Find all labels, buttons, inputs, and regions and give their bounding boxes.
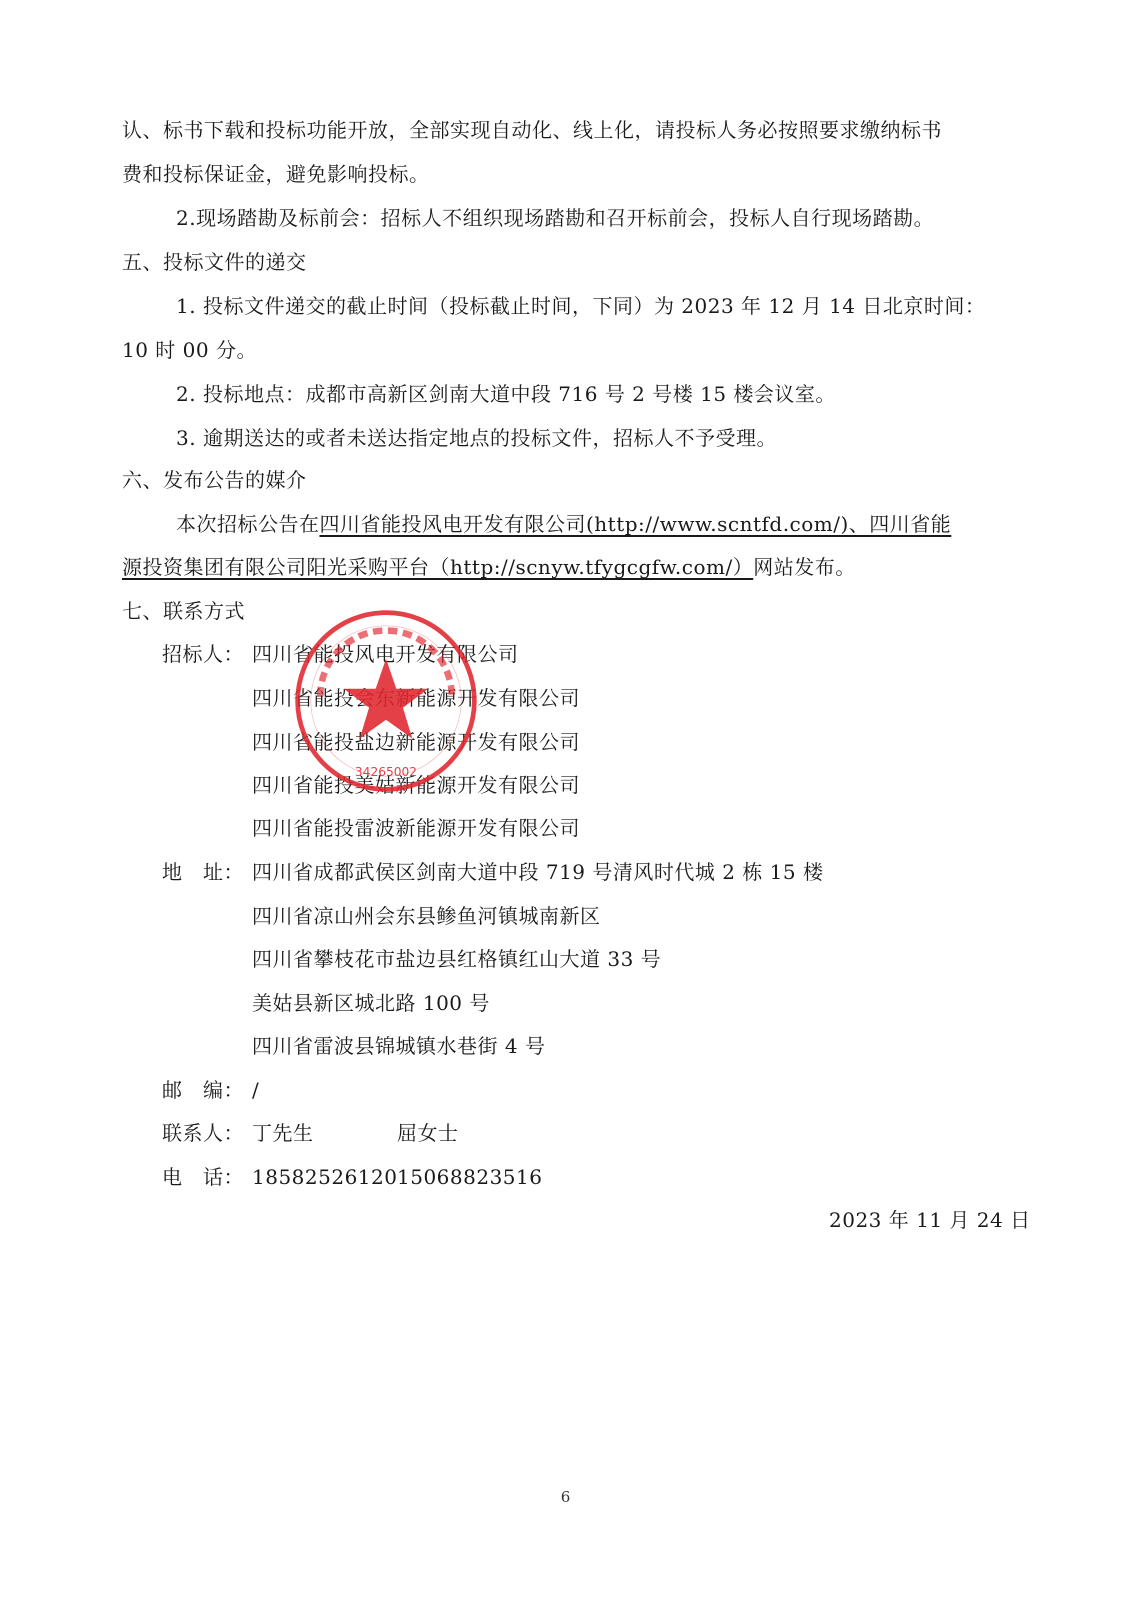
phone-number: 18582526120 [252,1163,397,1191]
document-date: 2023 年 11 月 24 日 [829,1206,1031,1234]
list-item: 1. 投标文件递交的截止时间（投标截止时间，下同）为 2023 年 12 月 1… [176,292,985,320]
address: 四川省攀枝花市盐边县红格镇红山大道 33 号 [252,945,661,973]
contact-person: 丁先生 [252,1119,314,1147]
tenderer-label: 招标人： [162,640,244,668]
page-number: 6 [0,1488,1131,1506]
tenderer-name: 四川省能投会东新能源开发有限公司 [252,684,580,712]
tenderer-name: 四川省能投美姑新能源开发有限公司 [252,771,580,799]
section-heading: 七、联系方式 [122,597,245,625]
address: 四川省雷波县锦城镇水巷街 4 号 [252,1032,545,1060]
contact-person: 屈女士 [397,1119,459,1147]
paragraph-line: 源投资集团有限公司阳光采购平台（http://scnyw.tfygcgfw.co… [122,553,856,581]
tenderer-name: 四川省能投风电开发有限公司 [252,640,519,668]
section-heading: 六、发布公告的媒介 [122,466,307,494]
tenderer-name: 四川省能投盐边新能源开发有限公司 [252,728,580,756]
address: 四川省成都武侯区剑南大道中段 719 号清风时代城 2 栋 15 楼 [252,858,824,886]
address: 四川省凉山州会东县鲹鱼河镇城南新区 [252,902,601,930]
list-item: 3. 逾期送达的或者未送达指定地点的投标文件，招标人不予受理。 [176,424,777,452]
tenderer-name: 四川省能投雷波新能源开发有限公司 [252,814,580,842]
address: 美姑县新区城北路 100 号 [252,989,490,1017]
postcode-label: 邮 编： [162,1076,244,1104]
paragraph-line: 费和投标保证金，避免影响投标。 [122,160,430,188]
contact-label: 联系人： [162,1119,244,1147]
paragraph-line: 本次招标公告在四川省能投风电开发有限公司(http://www.scntfd.c… [176,510,951,538]
paragraph-line: 2.现场踏勘及标前会：招标人不组织现场踏勘和召开标前会，投标人自行现场踏勘。 [176,204,934,232]
paragraph-line: 认、标书下载和投标功能开放，全部实现自动化、线上化，请投标人务必按照要求缴纳标书 [122,116,942,144]
paragraph-text: 本次招标公告在 [176,512,320,536]
list-item: 2. 投标地点：成都市高新区剑南大道中段 716 号 2 号楼 15 楼会议室。 [176,380,836,408]
phone-number: 15068823516 [397,1163,542,1191]
section-heading: 五、投标文件的递交 [122,248,307,276]
list-item-continuation: 10 时 00 分。 [122,336,257,364]
address-label: 地 址： [162,858,244,886]
publication-link[interactable]: 源投资集团有限公司阳光采购平台（http://scnyw.tfygcgfw.co… [122,555,753,579]
publication-link[interactable]: 四川省能投风电开发有限公司(http://www.scntfd.com/)、四川… [320,512,952,536]
phone-label: 电 话： [162,1163,244,1191]
paragraph-text: 网站发布。 [753,555,856,579]
postcode: / [252,1076,259,1104]
